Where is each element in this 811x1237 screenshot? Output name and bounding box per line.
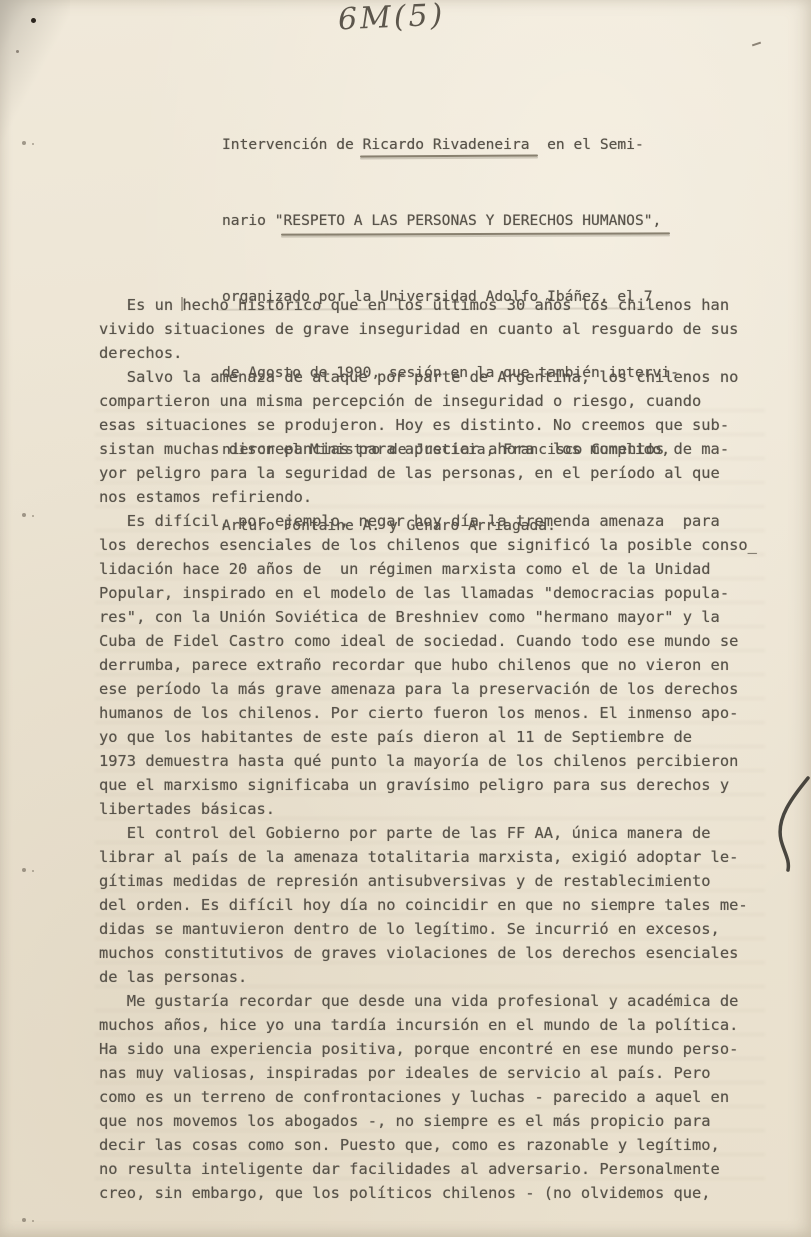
- ink-speck: [16, 50, 19, 53]
- margin-mark: [22, 513, 26, 517]
- underlined-speaker-name: Ricardo Rivadeneira: [363, 132, 530, 157]
- paragraph: Me gustaría recordar que desde una vida …: [99, 989, 789, 1205]
- header-text: Intervención de: [222, 136, 363, 153]
- header-text: nario ": [222, 212, 284, 229]
- header-text: en el Semi-: [530, 136, 644, 153]
- paragraph: Salvo la amenaza de ataque por parte de …: [99, 365, 789, 509]
- paragraph: Es difícil, por ejemplo, negar hoy día l…: [99, 509, 789, 821]
- handwritten-page-number: 6M(5): [337, 0, 446, 37]
- underlined-seminar-title: RESPETO A LAS PERSONAS Y DERECHOS HUMANO…: [284, 208, 662, 233]
- margin-mark: [22, 141, 26, 145]
- page-corner-shadow: [0, 0, 70, 190]
- margin-mark: [22, 868, 26, 872]
- scanned-typewritten-page: 6M(5) Intervención de Ricardo Rivadeneir…: [0, 0, 811, 1237]
- header-line: Intervención de Ricardo Rivadeneira en e…: [222, 132, 782, 157]
- pencil-tick-mark: [752, 42, 761, 47]
- paragraph: El control del Gobierno por parte de las…: [99, 821, 789, 989]
- paragraph: Es un hecho histórico que en los últimos…: [99, 293, 789, 365]
- margin-mark: [22, 1218, 26, 1222]
- document-body: Es un hecho histórico que en los últimos…: [99, 293, 789, 1205]
- ink-speck: [31, 18, 36, 23]
- header-line: nario "RESPETO A LAS PERSONAS Y DERECHOS…: [222, 208, 782, 233]
